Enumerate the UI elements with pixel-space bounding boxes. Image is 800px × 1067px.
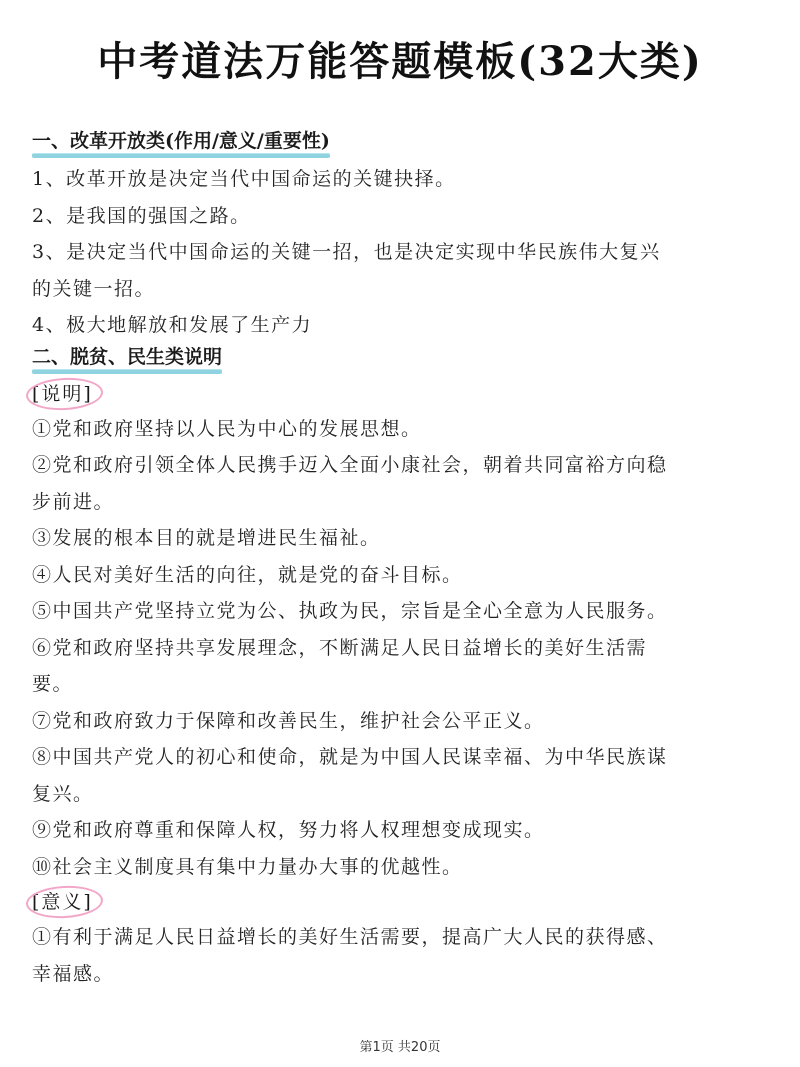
section-heading: 二、脱贫、民生类说明 — [32, 344, 222, 373]
list-item: 2、是我国的强国之路。 — [32, 198, 792, 235]
page-indicator: 第1页 共20页 — [0, 1036, 800, 1055]
list-item: ①有利于满足人民日益增长的美好生活需要，提高广大人民的获得感、 — [32, 919, 792, 956]
meaning-tag: [意义] — [32, 885, 97, 919]
list-item: ⑧中国共产党人的初心和使命，就是为中国人民谋幸福、为中华民族谋 — [32, 739, 792, 776]
list-item-continuation: 要。 — [32, 666, 792, 703]
list-item: ⑨党和政府尊重和保障人权，努力将人权理想变成现实。 — [32, 812, 792, 849]
list-item: ⑦党和政府致力于保障和改善民生，维护社会公平正义。 — [32, 703, 792, 740]
page-title: 中考道法万能答题模板(32大类) — [0, 38, 800, 86]
list-item-continuation: 复兴。 — [32, 776, 792, 813]
list-item: ⑥党和政府坚持共享发展理念，不断满足人民日益增长的美好生活需 — [32, 630, 792, 667]
list-item-continuation: 幸福感。 — [32, 956, 792, 993]
list-item: ⑤中国共产党坚持立党为公、执政为民，宗旨是全心全意为人民服务。 — [32, 593, 792, 630]
list-item: ①党和政府坚持以人民为中心的发展思想。 — [32, 411, 792, 448]
list-item: ⑩社会主义制度具有集中力量办大事的优越性。 — [32, 849, 792, 886]
section-livelihood: 二、脱贫、民生类说明 [说明] ①党和政府坚持以人民为中心的发展思想。 ②党和政… — [32, 344, 792, 993]
list-item: ②党和政府引领全体人民携手迈入全面小康社会，朝着共同富裕方向稳 — [32, 447, 792, 484]
document-body: 一、改革开放类(作用/意义/重要性) 1、改革开放是决定当代中国命运的关键抉择。… — [32, 128, 792, 992]
list-item-continuation: 步前进。 — [32, 484, 792, 521]
list-item: 1、改革开放是决定当代中国命运的关键抉择。 — [32, 161, 792, 198]
section-reform: 一、改革开放类(作用/意义/重要性) 1、改革开放是决定当代中国命运的关键抉择。… — [32, 128, 792, 344]
list-item: 3、是决定当代中国命运的关键一招，也是决定实现中华民族伟大复兴 — [32, 234, 792, 271]
list-item: 4、极大地解放和发展了生产力 — [32, 307, 792, 344]
list-item: ④人民对美好生活的向往，就是党的奋斗目标。 — [32, 557, 792, 594]
list-item-continuation: 的关键一招。 — [32, 271, 792, 308]
explain-tag: [说明] — [32, 377, 97, 411]
list-item: ③发展的根本目的就是增进民生福祉。 — [32, 520, 792, 557]
section-heading: 一、改革开放类(作用/意义/重要性) — [32, 128, 330, 157]
